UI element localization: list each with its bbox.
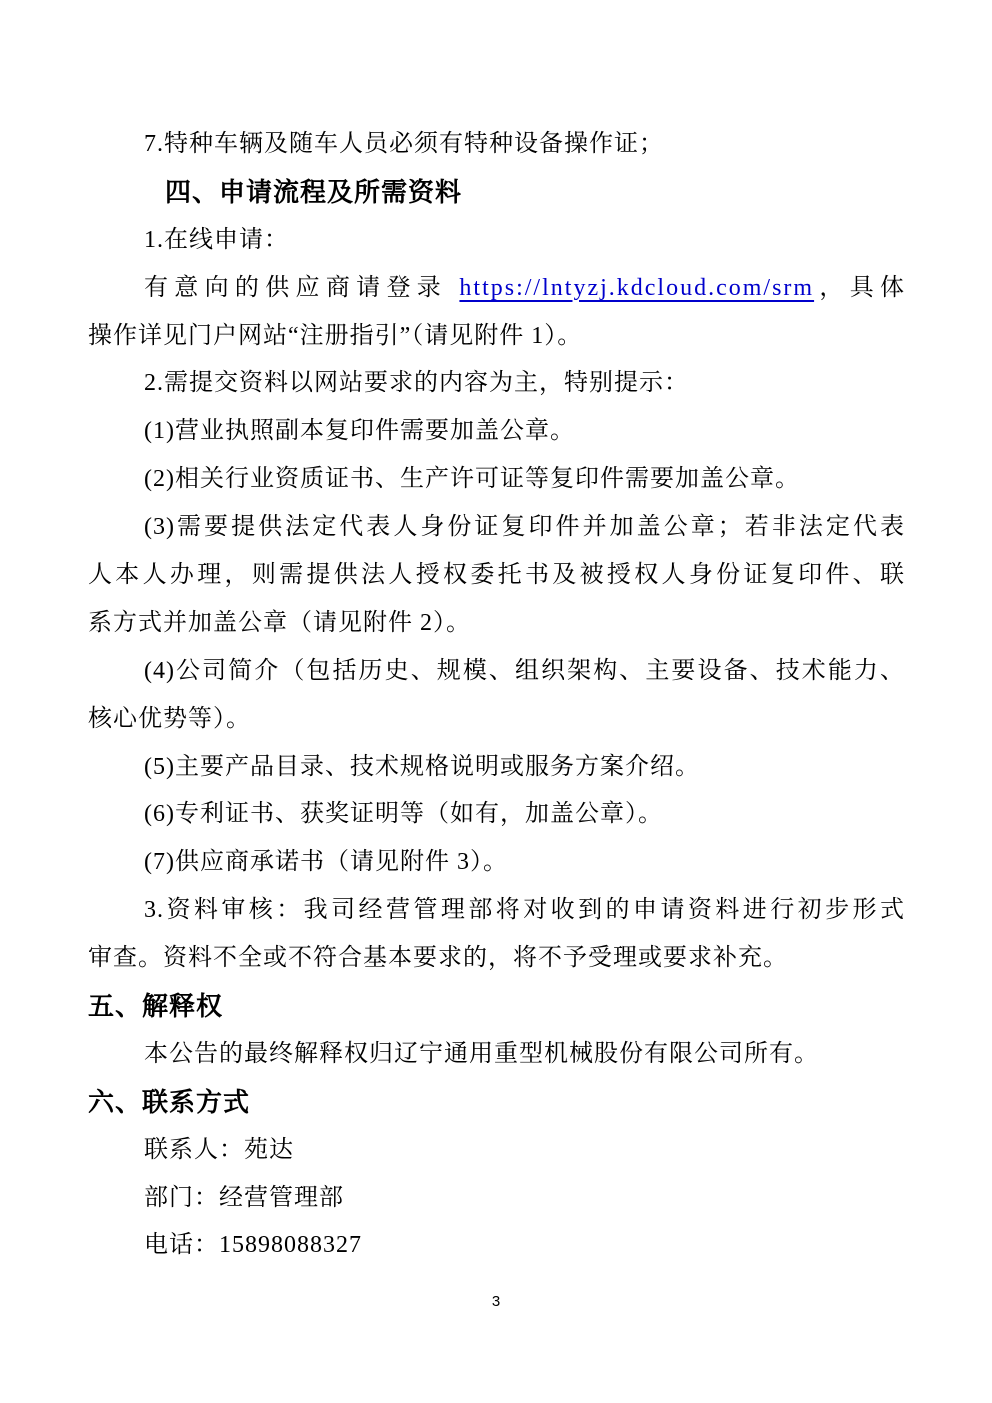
- step-1-text-after-link: ，具体: [814, 275, 905, 301]
- contact-person-line: 联系人：苑达: [88, 1127, 905, 1175]
- srm-portal-link[interactable]: https://lntyzj.kdcloud.com/srm: [459, 275, 814, 301]
- step-2-item-4-line-1: (4)公司简介（包括历史、规模、组织架构、主要设备、技术能力、: [88, 648, 905, 696]
- step-2-item-5: (5)主要产品目录、技术规格说明或服务方案介绍。: [88, 744, 905, 792]
- step-2-item-3-line-1: (3)需要提供法定代表人身份证复印件并加盖公章；若非法定代表: [88, 504, 905, 552]
- step-3-line-2: 审查。资料不全或不符合基本要求的，将不予受理或要求补充。: [88, 935, 905, 983]
- step-2-title: 2.需提交资料以网站要求的内容为主，特别提示：: [88, 360, 905, 408]
- step-2-item-3-line-3: 系方式并加盖公章（请见附件 2）。: [88, 600, 905, 648]
- step-3-line-1: 3.资料审核：我司经营管理部将对收到的申请资料进行初步形式: [88, 887, 905, 935]
- step-2-item-3-line-2: 人本人办理，则需提供法人授权委托书及被授权人身份证复印件、联: [88, 552, 905, 600]
- step-1-body-line-2: 操作详见门户网站“注册指引”（请见附件 1）。: [88, 313, 905, 361]
- step-2-item-4-line-2: 核心优势等）。: [88, 696, 905, 744]
- step-1-text-before-link: 有意向的供应商请登录: [144, 275, 459, 301]
- section-5-heading: 五、解释权: [88, 983, 905, 1031]
- step-1-body-line-1: 有意向的供应商请登录 https://lntyzj.kdcloud.com/sr…: [88, 265, 905, 313]
- step-2-item-6: (6)专利证书、获奖证明等（如有，加盖公章）。: [88, 791, 905, 839]
- page-number: 3: [0, 1292, 992, 1312]
- step-2-item-2: (2)相关行业资质证书、生产许可证等复印件需要加盖公章。: [88, 456, 905, 504]
- requirement-item-7: 7.特种车辆及随车人员必须有特种设备操作证；: [88, 121, 905, 169]
- step-1-title: 1.在线申请：: [88, 217, 905, 265]
- section-5-body: 本公告的最终解释权归辽宁通用重型机械股份有限公司所有。: [88, 1031, 905, 1079]
- section-4-heading: 四、申请流程及所需资料: [88, 169, 905, 217]
- document-page: 7.特种车辆及随车人员必须有特种设备操作证； 四、申请流程及所需资料 1.在线申…: [0, 0, 992, 1403]
- contact-phone-line: 电话：15898088327: [88, 1222, 905, 1270]
- step-2-item-1: (1)营业执照副本复印件需要加盖公章。: [88, 408, 905, 456]
- contact-department-line: 部门：经营管理部: [88, 1175, 905, 1223]
- step-2-item-7: (7)供应商承诺书（请见附件 3）。: [88, 839, 905, 887]
- document-body: 7.特种车辆及随车人员必须有特种设备操作证； 四、申请流程及所需资料 1.在线申…: [88, 121, 905, 1270]
- section-6-heading: 六、联系方式: [88, 1079, 905, 1127]
